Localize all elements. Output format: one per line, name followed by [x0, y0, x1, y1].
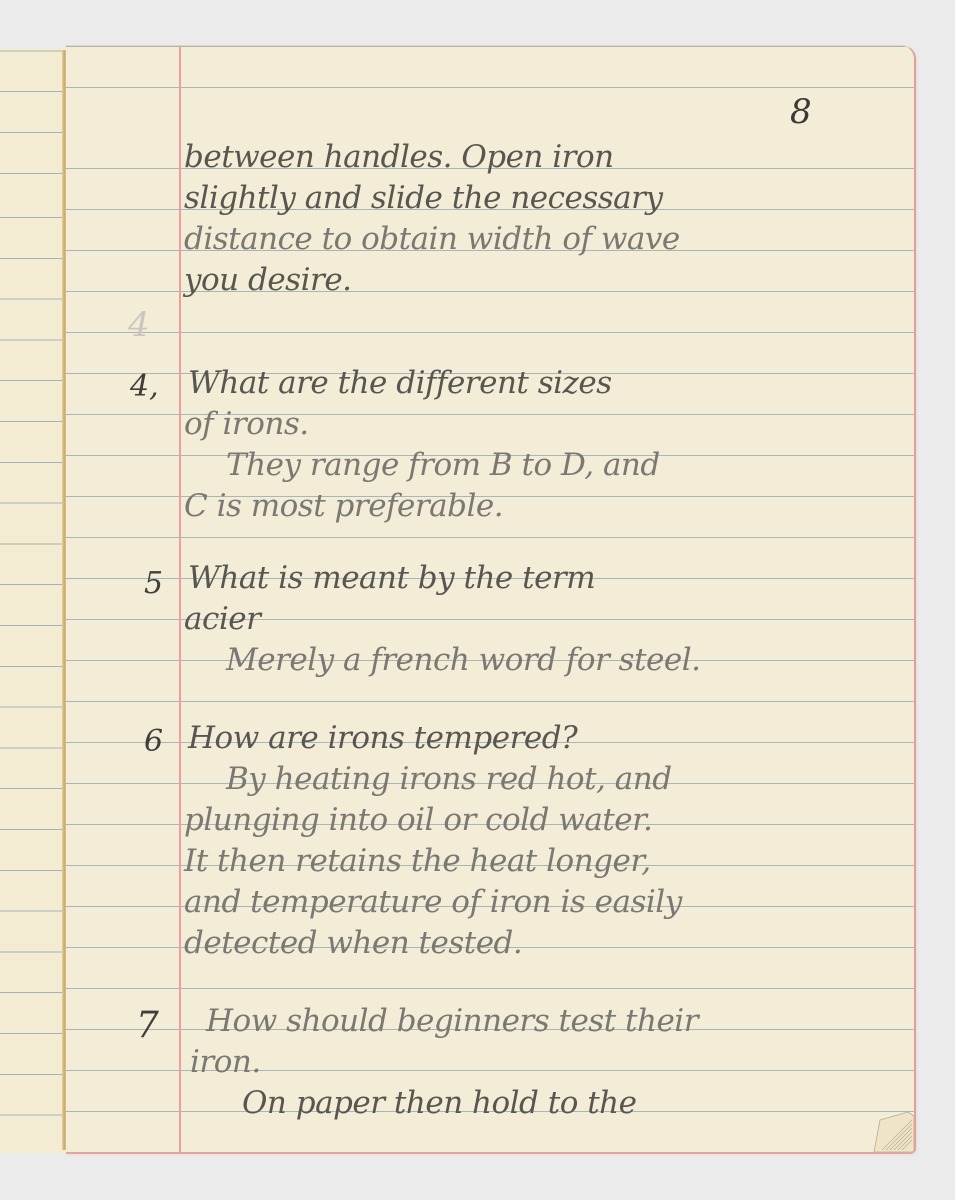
margin-line — [179, 46, 181, 1152]
continuation-line-1: between handles. Open iron — [184, 142, 614, 173]
answer-6-line-2: plunging into oil or cold water. — [184, 805, 652, 836]
question-number-7: 7 — [136, 1008, 159, 1044]
notebook-page: 8 between handles. Open iron slightly an… — [66, 45, 916, 1154]
question-number-5: 5 — [144, 569, 163, 599]
question-4-line-2: of irons. — [184, 409, 309, 440]
answer-6-line-5: detected when tested. — [184, 928, 522, 959]
continuation-line-3: distance to obtain width of wave — [184, 224, 680, 255]
question-4-line-1: What are the different sizes — [188, 368, 612, 399]
question-7-line-2: iron. — [190, 1047, 261, 1078]
question-5-line-2: acier — [184, 604, 260, 635]
answer-6-line-1: By heating irons red hot, and — [226, 764, 672, 795]
dog-ear-corner-icon — [868, 1106, 914, 1152]
erased-number-mark: 4 — [128, 308, 150, 342]
question-7-line-1: How should beginners test their — [206, 1006, 698, 1037]
continuation-line-4: you desire. — [184, 265, 352, 296]
continuation-line-2: slightly and slide the necessary — [184, 183, 663, 214]
answer-6-line-4: and temperature of iron is easily — [184, 887, 682, 918]
answer-4-line-1: They range from B to D, and — [226, 450, 660, 481]
question-6-line-1: How are irons tempered? — [188, 723, 577, 754]
left-page-edge — [0, 48, 66, 1153]
question-5-line-1: What is meant by the term — [188, 563, 595, 594]
page-number: 8 — [790, 92, 812, 132]
answer-4-line-2: C is most preferable. — [184, 491, 503, 522]
answer-7-line-1: On paper then hold to the — [242, 1088, 637, 1119]
question-number-4: 4, — [130, 372, 159, 402]
question-number-6: 6 — [144, 727, 163, 757]
answer-5-line-1: Merely a french word for steel. — [226, 645, 701, 676]
answer-6-line-3: It then retains the heat longer, — [184, 846, 651, 877]
